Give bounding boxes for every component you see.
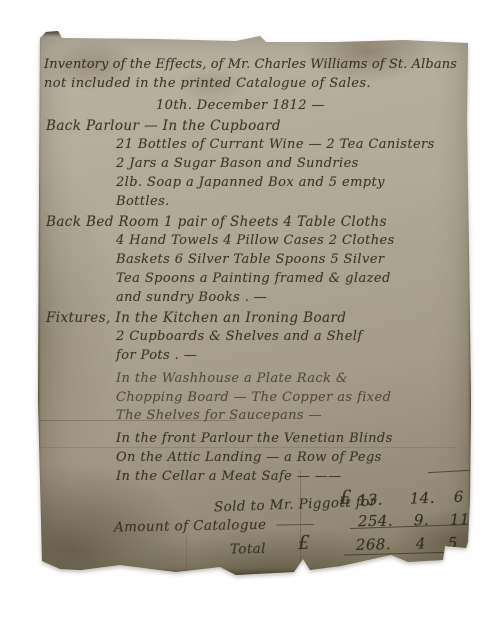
inventory-line: Tea Spoons a Painting framed & glazed [116, 270, 466, 289]
section-back-bed-room: Back Bed Room 1 pair of Sheets 4 Table C… [46, 213, 466, 232]
total-row-grand-total: Total £ 268. 4 5 [44, 535, 466, 563]
inventory-line: 4 Hand Towels 4 Pillow Cases 2 Clothes [116, 232, 466, 251]
total-label: Amount of Catalogue [114, 515, 267, 536]
inventory-line: In the Washhouse a Plate Rack & [116, 370, 466, 389]
inventory-line: On the Attic Landing — a Row of Pegs [116, 449, 466, 468]
inventory-line: 2 Jars a Sugar Bason and Sundries [116, 155, 466, 174]
paper-right-edge [468, 30, 472, 578]
title-line: Inventory of the Effects, of Mr. Charles… [44, 56, 466, 75]
photo-background: Inventory of the Effects, of Mr. Charles… [0, 0, 500, 634]
pound-sign: £ [298, 533, 311, 552]
inventory-line: Chopping Board — The Copper as fixed [116, 389, 466, 408]
amount-pence: 6 [453, 487, 464, 506]
inventory-line: Bottles. [116, 193, 466, 212]
section-fixtures: Fixtures, In the Kitchen an Ironing Boar… [46, 309, 466, 328]
pound-sign: £ [339, 488, 352, 507]
amount-pounds: 13. [358, 490, 384, 510]
inventory-line: Baskets 6 Silver Table Spoons 5 Silver [116, 251, 466, 270]
handwritten-text: Inventory of the Effects, of Mr. Charles… [44, 56, 466, 559]
inventory-line: In the Cellar a Meat Safe — —— [116, 468, 466, 487]
manuscript-paper: Inventory of the Effects, of Mr. Charles… [36, 30, 472, 578]
amount-pence: 5 [448, 533, 458, 552]
amount-shillings: 4 [416, 534, 426, 553]
total-label: Total [230, 539, 266, 559]
totals-block: Sold to Mr. Piggott for £ 13. 14. 6 Amou… [44, 497, 466, 559]
amount-shillings: 14. [410, 488, 436, 508]
inventory-line: In the front Parlour the Venetian Blinds [116, 430, 466, 449]
inventory-line: 2lb. Soap a Japanned Box and 5 empty [116, 174, 466, 193]
inventory-line: The Shelves for Saucepans — [116, 407, 466, 426]
manuscript-paper-wrap: Inventory of the Effects, of Mr. Charles… [36, 30, 472, 578]
inventory-line: for Pots . — [116, 347, 466, 366]
paper-left-edge [36, 30, 41, 578]
amount-pounds: 268. [356, 535, 391, 555]
subtitle-line: not included in the printed Catalogue of… [44, 75, 466, 94]
paper-bottom-edge [36, 568, 472, 578]
date-line: 10th. December 1812 — [156, 97, 466, 116]
paper-top-edge [36, 30, 472, 37]
inventory-line: 2 Cupboards & Shelves and a Shelf [116, 328, 466, 347]
section-back-parlour: Back Parlour — In the Cupboard [46, 117, 466, 136]
inventory-line: and sundry Books . — [116, 289, 466, 308]
inventory-line: 21 Bottles of Currant Wine — 2 Tea Canis… [116, 136, 466, 155]
amount-pence: 11 [450, 510, 470, 529]
